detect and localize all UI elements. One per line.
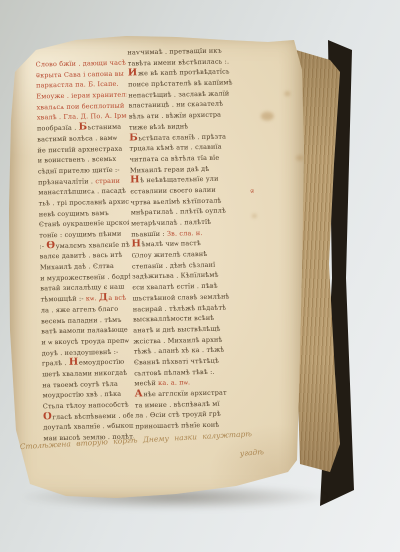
ink-text-segment: ьстанима [88, 123, 122, 132]
photo-backdrop: { "photo": { "pencil_folio_number": "22"… [0, 0, 400, 552]
ink-text-segment: єси хвалатѣ єстїи . пѣвѣ [132, 282, 218, 292]
rubric-text-segment: а всѣ [108, 294, 126, 302]
rubric-text-segment: Н [69, 357, 79, 368]
ink-text-segment: трцала кѣмѣ ати . славнїа [129, 143, 221, 153]
page-content: 22 Слово бжїи . дающи часѣѿкрыта Сава і … [1, 27, 317, 509]
ink-text-segment: непастѣщиѣ . заславѣ жалїй [128, 89, 229, 99]
ink-text-segment: поисе прѣстателѣ вѣ капїимѣ [128, 78, 233, 88]
ink-text-segment: невѣ соущимъ вамъ [39, 209, 109, 218]
ink-text-segment: доуталѣ хвалнїе . ѡбыкош [43, 422, 133, 432]
ink-text-segment: гласѣ вѣспѣваеми . обвѣ [52, 411, 133, 421]
rubric-text-segment: Б [129, 132, 138, 143]
ink-text-segment: ватай зислалѣщу є наш [40, 283, 124, 293]
rubric-text-segment: Д [99, 293, 109, 304]
ink-text-segment: шьствѣнной славѣ землѣнѣ [133, 292, 230, 302]
ink-text-segment: ѣмалѣ чиѡ пастѣ [141, 239, 201, 248]
ink-text-segment: тавѣта имени вѣстѣпилась :. [128, 57, 230, 67]
ink-text-segment: метарѣчилаѣ . палѣтїѣ [131, 218, 211, 228]
ink-text-segment: чртва вьелїмѣ кѣтїпоталѣ [130, 196, 221, 206]
pencil-folio-number: 22 [284, 29, 298, 41]
ink-text-segment: тонїе : соущимъ пѣнми [39, 230, 121, 240]
ink-text-segment: прѣзначалїтїи . [38, 177, 95, 186]
rubric-text-segment: Емоуже . іераи хранителю [36, 91, 126, 101]
ink-text-segment: нѣе агглскїи архистрат [143, 389, 227, 399]
rubric-text-segment: Б [78, 122, 87, 133]
ink-text-segment: моудростїю хвѣ . пѣка [43, 390, 122, 400]
ink-text-segment: наѵчимаѣ . претващїи нкъ [127, 47, 222, 57]
ink-text-segment: ла . Ѳсіи стѣ троудй грѣ [135, 410, 221, 420]
rubric-text-segment: паркастла па. Б. Ісапе. [36, 80, 119, 90]
ink-text-segment: тѣмошцѣй :- [41, 295, 86, 304]
ink-text-segment: пообразїа . [37, 124, 79, 133]
ink-text-segment: анатѣ и днѣ выствѣлѣщѣ [133, 325, 220, 335]
ink-text-segment: єставлнии своєго валии [130, 186, 216, 196]
ink-text-segment: умалємъ хвалєнїе пѣ [56, 240, 130, 250]
ink-text-segment: емоудростїю [79, 358, 125, 367]
rubric-text-segment: хвалѣ . Гла. Д. По. А. Ірмо. [37, 112, 127, 122]
ink-text-segment: и ѡ вкоусѣ троуда препѡ [41, 336, 128, 346]
rubric-text-segment: кѡ. [86, 294, 99, 302]
foxing-spot [284, 91, 290, 96]
ink-text-segment: степанїи . дѣнѣ сѣзланї [132, 261, 216, 271]
foxing-spot [261, 112, 274, 121]
ink-text-segment: жсіства . Михаилѣ архнѣ [133, 335, 222, 345]
red-marginal-note: ѿ [250, 188, 254, 195]
ink-text-segment: Єтанѣ оукрашенїе црской [39, 219, 129, 229]
ink-text-segment: мнѣратилаѣ . плѣтїѣ оуплѣ [131, 207, 226, 217]
ink-text-segment: доуѣ . нездоушевнѣ :- [42, 347, 119, 357]
ink-text-segment: тьѣ . трі прославнѣ архисѧ [38, 197, 128, 207]
rubric-text-segment: А [134, 388, 143, 399]
rubric-text-segment: хвалѧсѧ пои бесплотный [36, 101, 124, 111]
rubric-text-segment: Слово бжїи . дающи часѣ [36, 59, 126, 69]
ink-text-segment: сѣднї прителю щитїе :- [38, 166, 120, 176]
ink-text-segment: пьавшїи : [131, 229, 167, 238]
ink-text-segment: сьлтовѣ пѣламѣ тѣвѣ :. [134, 367, 215, 377]
rubric-text-segment: Н [130, 175, 140, 186]
manuscript-page: 22 Слово бжїи . дающи часѣѿкрыта Сава і … [6, 30, 312, 506]
foxing-spot [252, 214, 257, 218]
ink-text-segment: тиже вѣзѣ виднѣ [129, 122, 189, 131]
ink-text-segment: ѣ неѣвѣщательнїе ули [140, 175, 218, 185]
rubric-text-segment: И [128, 68, 138, 79]
ink-text-segment: Стьла тѣлоу напособстѣ [43, 401, 129, 411]
ink-text-segment: читпата са вѣтѣла тїа вїе [130, 154, 220, 164]
ink-text-segment: вастимй волѣса . вамѡ [37, 134, 117, 144]
ink-text-segment: насирай . тѣлѣжѣ пѣдаѣтѣ [133, 303, 227, 313]
ink-text-segment: месѣй [134, 379, 158, 387]
ink-text-segment: шетѣ хвалами никогдаѣ [42, 369, 127, 379]
ownership-inscription-line2: угадѣ [240, 447, 265, 458]
ink-text-segment: и мудрожественїи . бодрѣ [40, 272, 130, 282]
ink-text-segment: манастлѣпшисѧ . пасадѣ [38, 187, 126, 197]
text-column-left: Слово бжїи . дающи часѣѿкрыта Сава і сап… [36, 58, 134, 445]
rubric-text-segment: страни [95, 176, 120, 185]
ink-text-segment: Єваннѣ пѣхваті чтѣтѣцѣ [134, 357, 219, 367]
ink-text-segment: ьстѣпата єланїѣ . прѣзта [138, 132, 226, 142]
rubric-text-segment: ка. а. пѡ. [158, 379, 190, 388]
ink-text-segment: на твоемѣ соугѣ тѣла [42, 379, 118, 389]
ink-text-segment: Ѡлоу жителѣ славнѣ [132, 250, 208, 260]
ink-text-segment: ла . яже аггелъ благо [41, 305, 119, 315]
ink-text-segment: :- [39, 242, 46, 250]
ink-text-segment: тѣжѣ . аланѣ хѣ ка . тѣжѣ [134, 346, 225, 356]
ink-text-segment: гралѣ . [42, 359, 69, 368]
ink-text-segment: йе пистнїй архнестраха [37, 144, 122, 154]
ink-text-segment: властаницѣ . ни сказателѣ [128, 100, 223, 110]
ink-text-segment: валєе давитѣ . вась итѣ [40, 251, 123, 261]
ink-text-segment: и воинственъ . всемьх [38, 155, 117, 165]
ink-text-segment: же вѣ капѣ протѣвѣдатїсь [138, 68, 230, 78]
ink-text-segment: выскваллѣмости всѣнѣ [133, 314, 214, 324]
ink-text-segment: весемь паладни . тѣмъ [41, 315, 122, 325]
rubric-text-segment: ѿкрыта Сава і сапона вы [36, 69, 124, 79]
ink-text-segment: та имене . вѣспѣвалѣ мї [135, 399, 220, 409]
text-column-right: наѵчимаѣ . претващїи нкътавѣта имени вѣс… [127, 45, 255, 432]
ink-text-segment: ватѣ вамоли палавѣюще [41, 326, 128, 336]
rubric-text-segment: Н [131, 239, 141, 250]
rubric-text-segment: Зв. сла. н. [167, 229, 203, 238]
ink-text-segment: задѣжитьва . Кѣпїлнѣмѣ [132, 271, 219, 281]
foxing-spot [296, 155, 304, 161]
ink-text-segment: вѣль ати . вѣжїи архистра [129, 111, 222, 121]
ink-text-segment: приношаєтѣ пѣнїе конѣ [135, 421, 219, 431]
ink-text-segment: Михаилѣ гераи даѣ дѣ [130, 164, 210, 174]
ink-text-segment: Михаилѣ даѣ . Єлтва [40, 262, 114, 272]
